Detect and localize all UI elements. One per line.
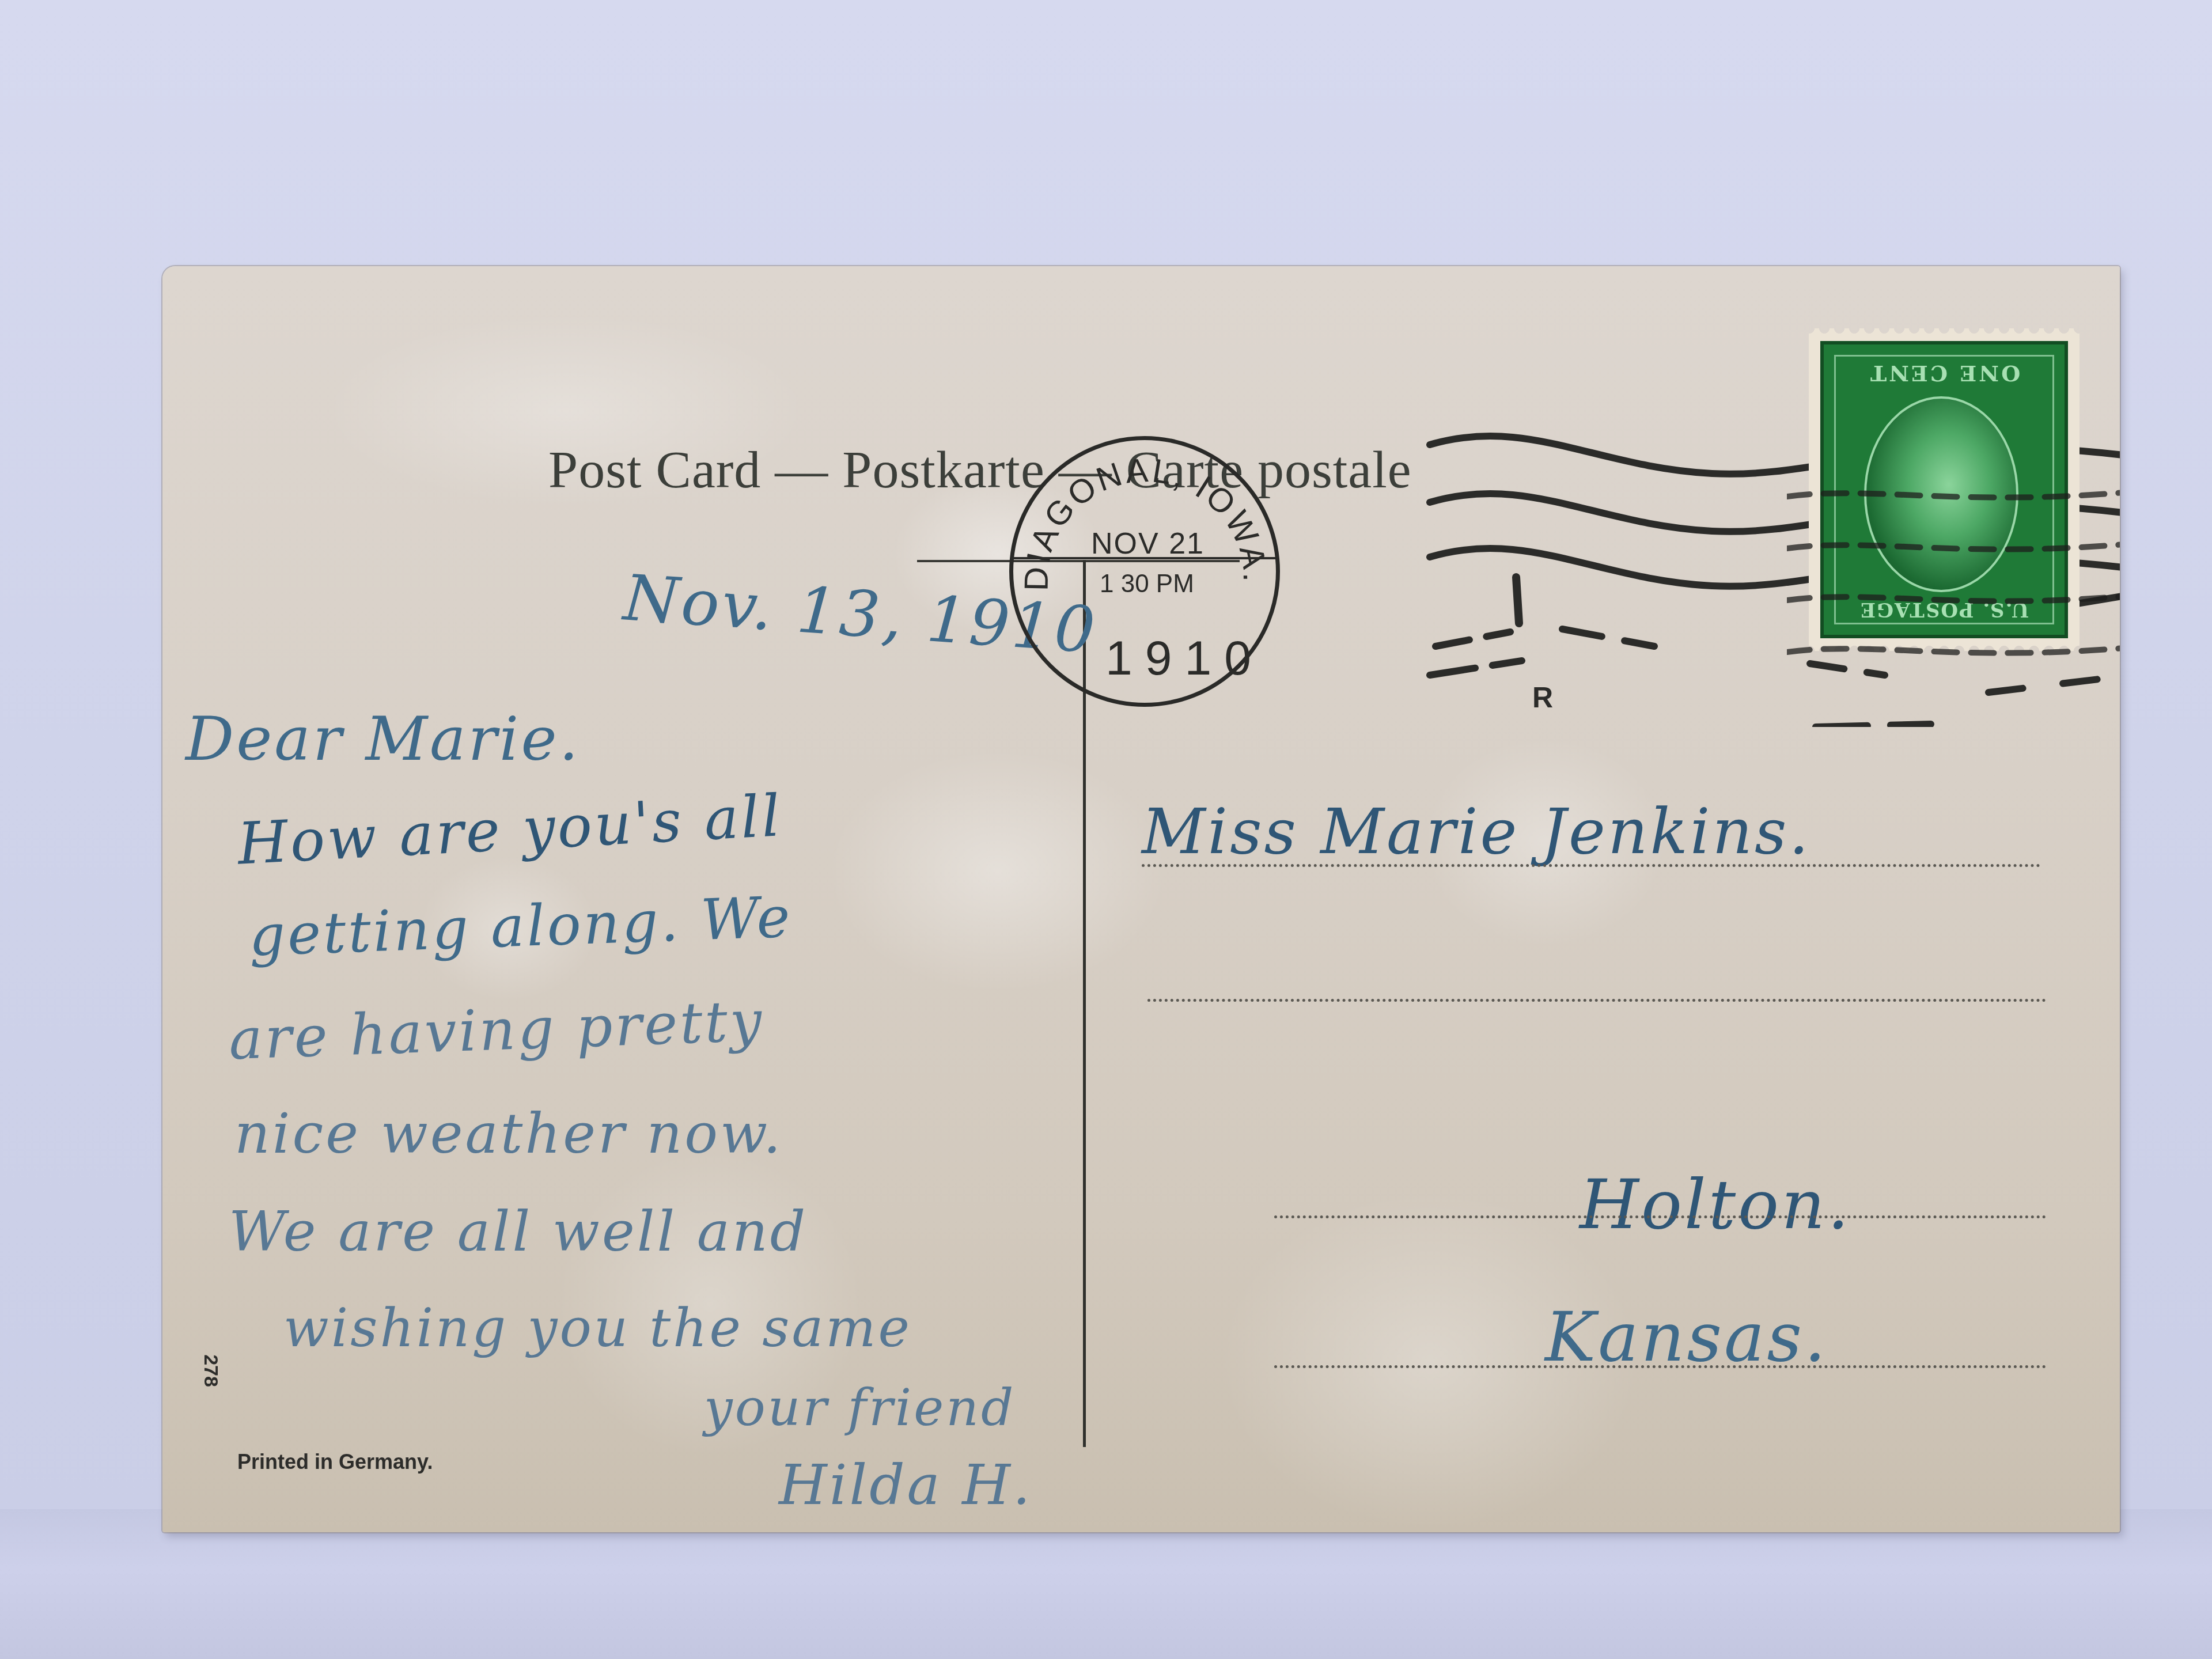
stamp-denomination: ONE CENT — [1824, 361, 2065, 387]
message-line: are having pretty — [228, 988, 765, 1073]
address-rule — [1147, 999, 2046, 1002]
print-number: 278 — [199, 1354, 222, 1387]
address-line: Holton. — [1580, 1165, 1851, 1244]
postmark-time: 1 30 PM — [1100, 570, 1194, 599]
address-rule — [1274, 1215, 2046, 1218]
stamp-cancel-bars — [1787, 485, 2120, 692]
message-signature: Hilda H. — [779, 1453, 1033, 1517]
message-line: nice weather now. — [234, 1101, 783, 1166]
address-rule — [1274, 1365, 2046, 1368]
printer-mark: Printed in Germany. — [237, 1450, 433, 1474]
postmark-date: NOV 21 — [1091, 527, 1205, 561]
postmark: DIAGONAL, IOWA. NOV 21 1 30 PM 1910 — [1009, 436, 1280, 707]
postcard-header: Post Card — Postkarte — Carte postale — [548, 439, 1412, 500]
postmark-year: 1910 — [1105, 630, 1264, 686]
address-line: Miss Marie Jenkins. — [1142, 796, 1811, 868]
message-line: Dear Marie. — [185, 704, 581, 774]
postcard-back: Post Card — Postkarte — Carte postale No… — [162, 266, 2120, 1532]
message-closing: your friend — [704, 1378, 1016, 1437]
cancellation-letter: R — [1532, 681, 1553, 714]
message-line: How are you's all — [236, 782, 784, 877]
address-rule — [1142, 864, 2040, 867]
message-line: wishing you the same — [283, 1297, 912, 1359]
message-line: getting along. We — [248, 885, 793, 969]
message-line: We are all well and — [229, 1199, 808, 1264]
